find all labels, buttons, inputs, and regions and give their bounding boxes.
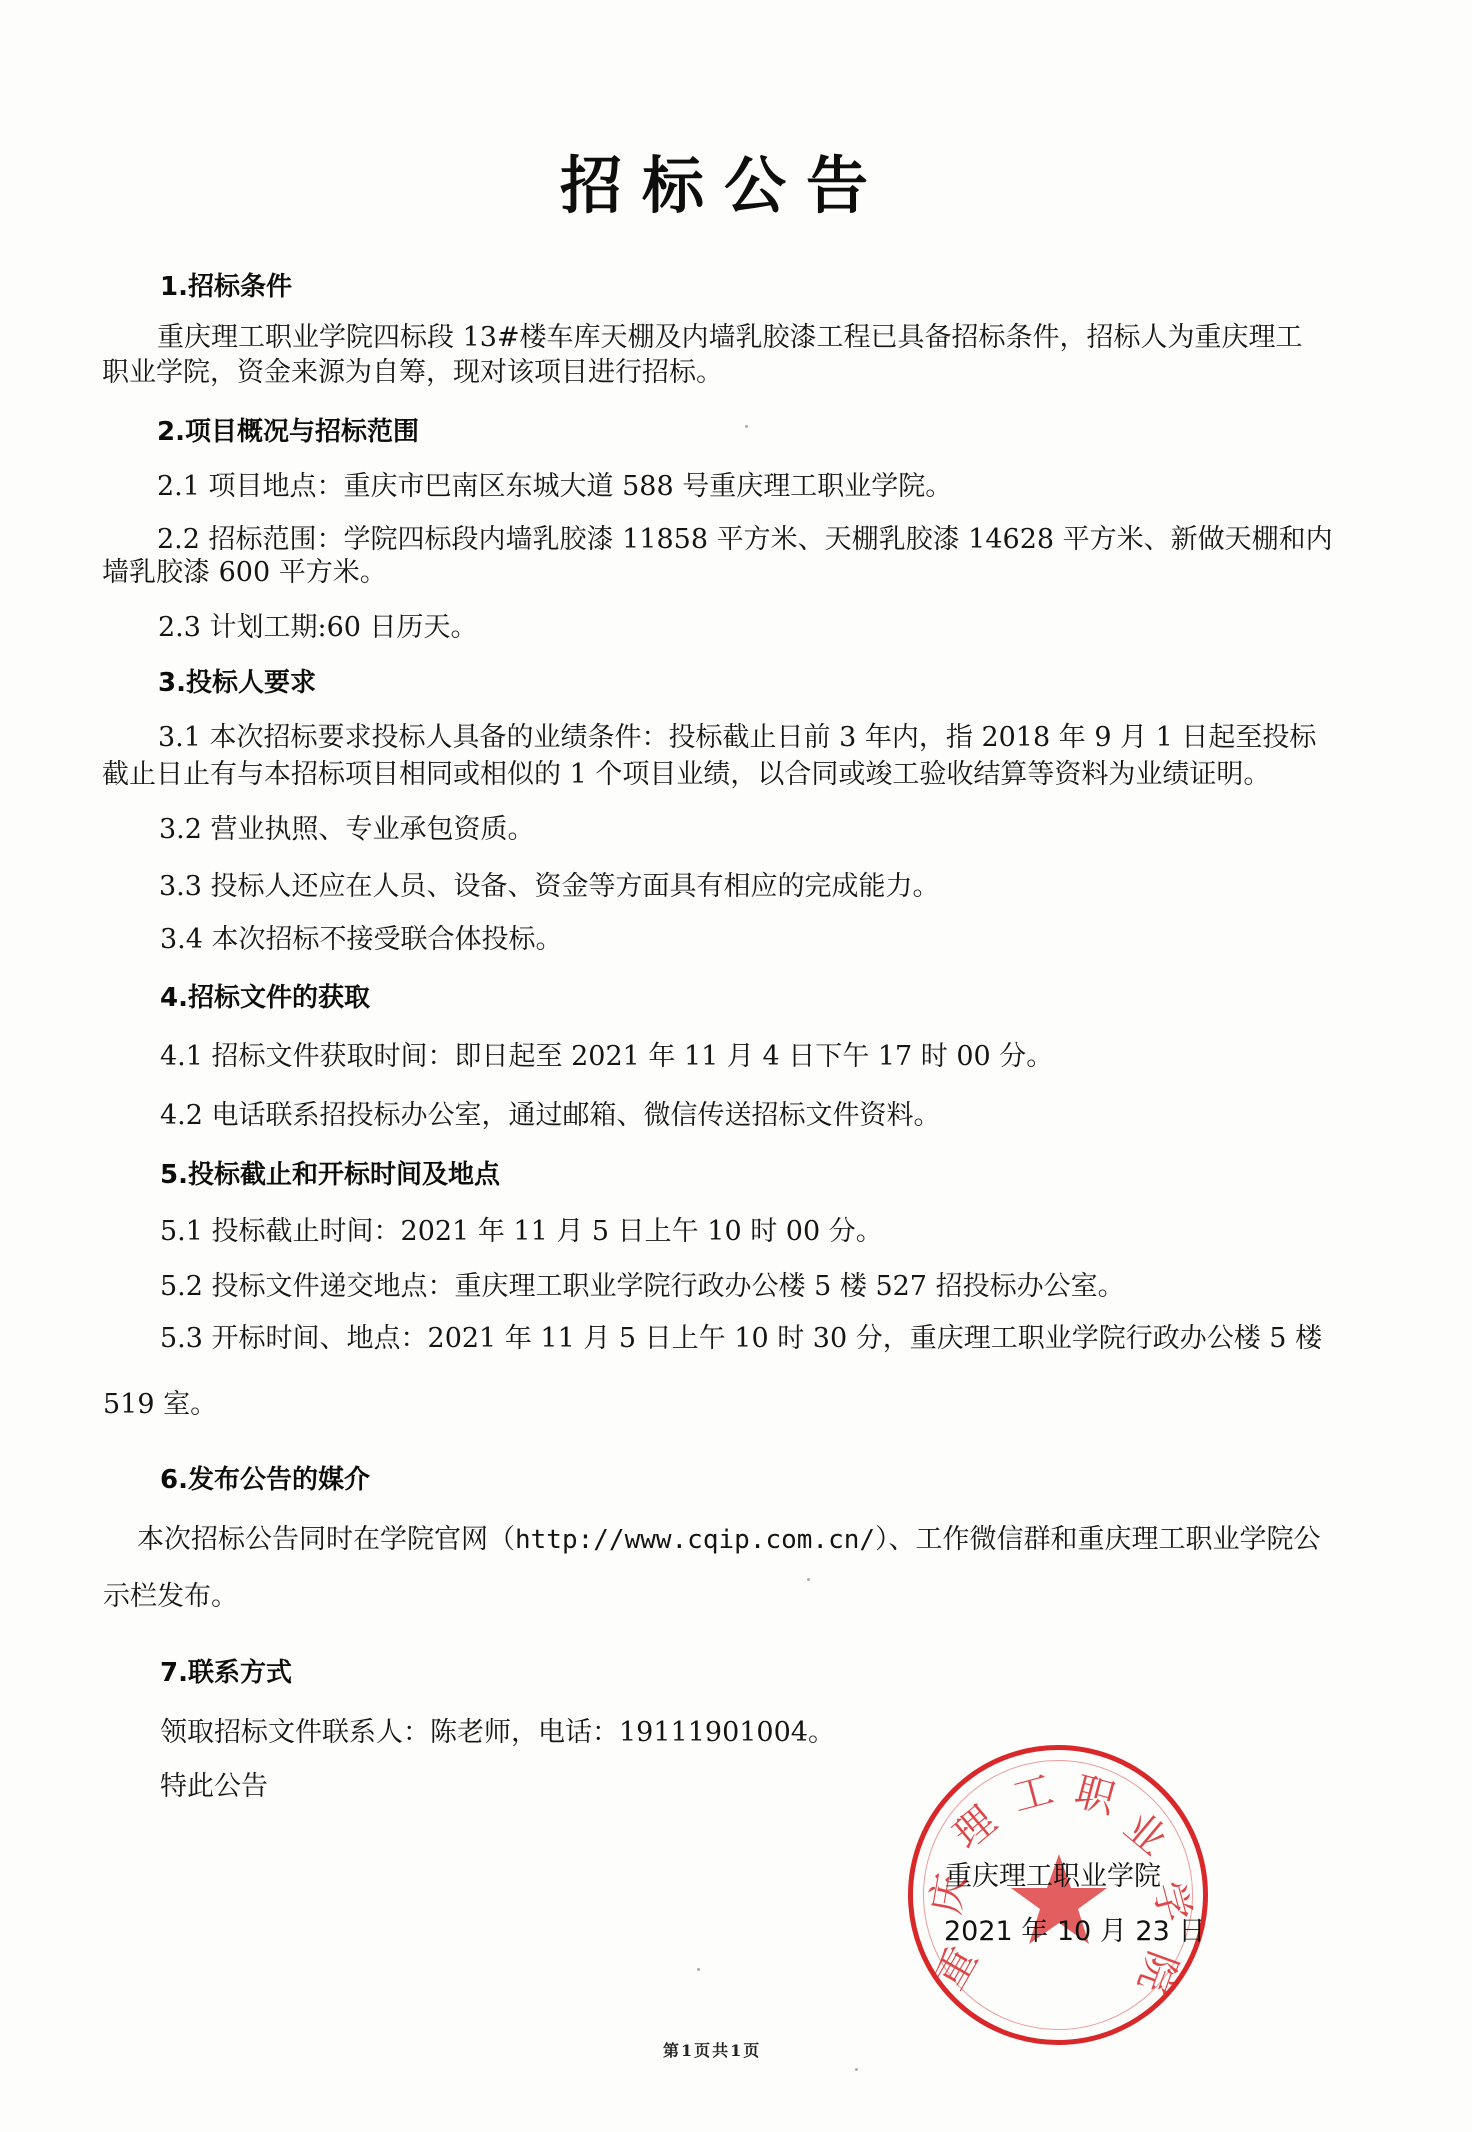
paragraph-line: 5.3 开标时间、地点：2021 年 11 月 5 日上午 10 时 30 分，… bbox=[160, 1322, 1322, 1356]
paragraph-text: 本次招标公告同时在学院官网（ bbox=[137, 1524, 515, 1555]
scan-speck bbox=[745, 425, 748, 428]
scan-speck bbox=[697, 1968, 700, 1971]
paragraph-text: ）、工作微信群和重庆理工职业学院公 bbox=[875, 1524, 1321, 1555]
paragraph-line: 截止日止有与本招标项目相同或相似的 1 个项目业绩，以合同或竣工验收结算等资料为… bbox=[102, 758, 1270, 792]
paragraph-line: 4.2 电话联系招投标办公室，通过邮箱、微信传送招标文件资料。 bbox=[160, 1099, 941, 1133]
section-heading-6: 6.发布公告的媒介 bbox=[160, 1463, 370, 1497]
paragraph-line: 职业学院，资金来源为自筹，现对该项目进行招标。 bbox=[102, 356, 723, 390]
section-heading-3: 3.投标人要求 bbox=[158, 666, 316, 700]
section-heading-2: 2.项目概况与招标范围 bbox=[157, 415, 419, 449]
paragraph-line: 4.1 招标文件获取时间：即日起至 2021 年 11 月 4 日下午 17 时… bbox=[160, 1040, 1053, 1074]
paragraph-line: 5.2 投标文件递交地点：重庆理工职业学院行政办公楼 5 楼 527 招投标办公… bbox=[160, 1270, 1125, 1304]
page-title: 招标公告 bbox=[560, 150, 888, 222]
paragraph-line: 3.2 营业执照、专业承包资质。 bbox=[159, 813, 535, 847]
website-link[interactable]: http://www.cqip.com.cn/ bbox=[515, 1525, 875, 1555]
official-seal: 重 庆 理 工 职 业 学 院 bbox=[908, 1745, 1208, 2045]
section-heading-1: 1.招标条件 bbox=[160, 270, 292, 304]
paragraph-line-with-link: 本次招标公告同时在学院官网（http://www.cqip.com.cn/）、工… bbox=[137, 1523, 1321, 1557]
paragraph-line: 墙乳胶漆 600 平方米。 bbox=[102, 556, 387, 590]
section-heading-7: 7.联系方式 bbox=[160, 1656, 292, 1690]
paragraph-line: 重庆理工职业学院四标段 13#楼车库天棚及内墙乳胶漆工程已具备招标条件，招标人为… bbox=[157, 321, 1303, 355]
paragraph-line: 3.4 本次招标不接受联合体投标。 bbox=[160, 923, 563, 957]
paragraph-line: 示栏发布。 bbox=[103, 1580, 238, 1614]
section-heading-4: 4.招标文件的获取 bbox=[160, 981, 370, 1015]
section-heading-5: 5.投标截止和开标时间及地点 bbox=[160, 1158, 500, 1192]
page-number: 第1页共1页 bbox=[663, 2038, 761, 2061]
scan-speck bbox=[807, 1578, 810, 1581]
paragraph-line: 5.1 投标截止时间：2021 年 11 月 5 日上午 10 时 00 分。 bbox=[160, 1215, 883, 1249]
paragraph-line: 3.3 投标人还应在人员、设备、资金等方面具有相应的完成能力。 bbox=[159, 870, 940, 904]
paragraph-line: 519 室。 bbox=[103, 1388, 217, 1422]
signature-organization: 重庆理工职业学院 bbox=[945, 1860, 1161, 1894]
contact-line: 领取招标文件联系人：陈老师，电话：19111901004。 bbox=[160, 1716, 835, 1750]
closing-line: 特此公告 bbox=[160, 1770, 268, 1804]
document-page: 招标公告 1.招标条件 重庆理工职业学院四标段 13#楼车库天棚及内墙乳胶漆工程… bbox=[0, 0, 1472, 2132]
signature-date: 2021 年 10 月 23 日 bbox=[944, 1915, 1205, 1949]
scan-speck bbox=[855, 2068, 858, 2071]
paragraph-line: 2.1 项目地点：重庆市巴南区东城大道 588 号重庆理工职业学院。 bbox=[157, 470, 952, 504]
paragraph-line: 2.3 计划工期:60 日历天。 bbox=[158, 611, 478, 645]
paragraph-line: 3.1 本次招标要求投标人具备的业绩条件：投标截止日前 3 年内，指 2018 … bbox=[158, 721, 1316, 755]
paragraph-line: 2.2 招标范围：学院四标段内墙乳胶漆 11858 平方米、天棚乳胶漆 1462… bbox=[157, 523, 1333, 557]
